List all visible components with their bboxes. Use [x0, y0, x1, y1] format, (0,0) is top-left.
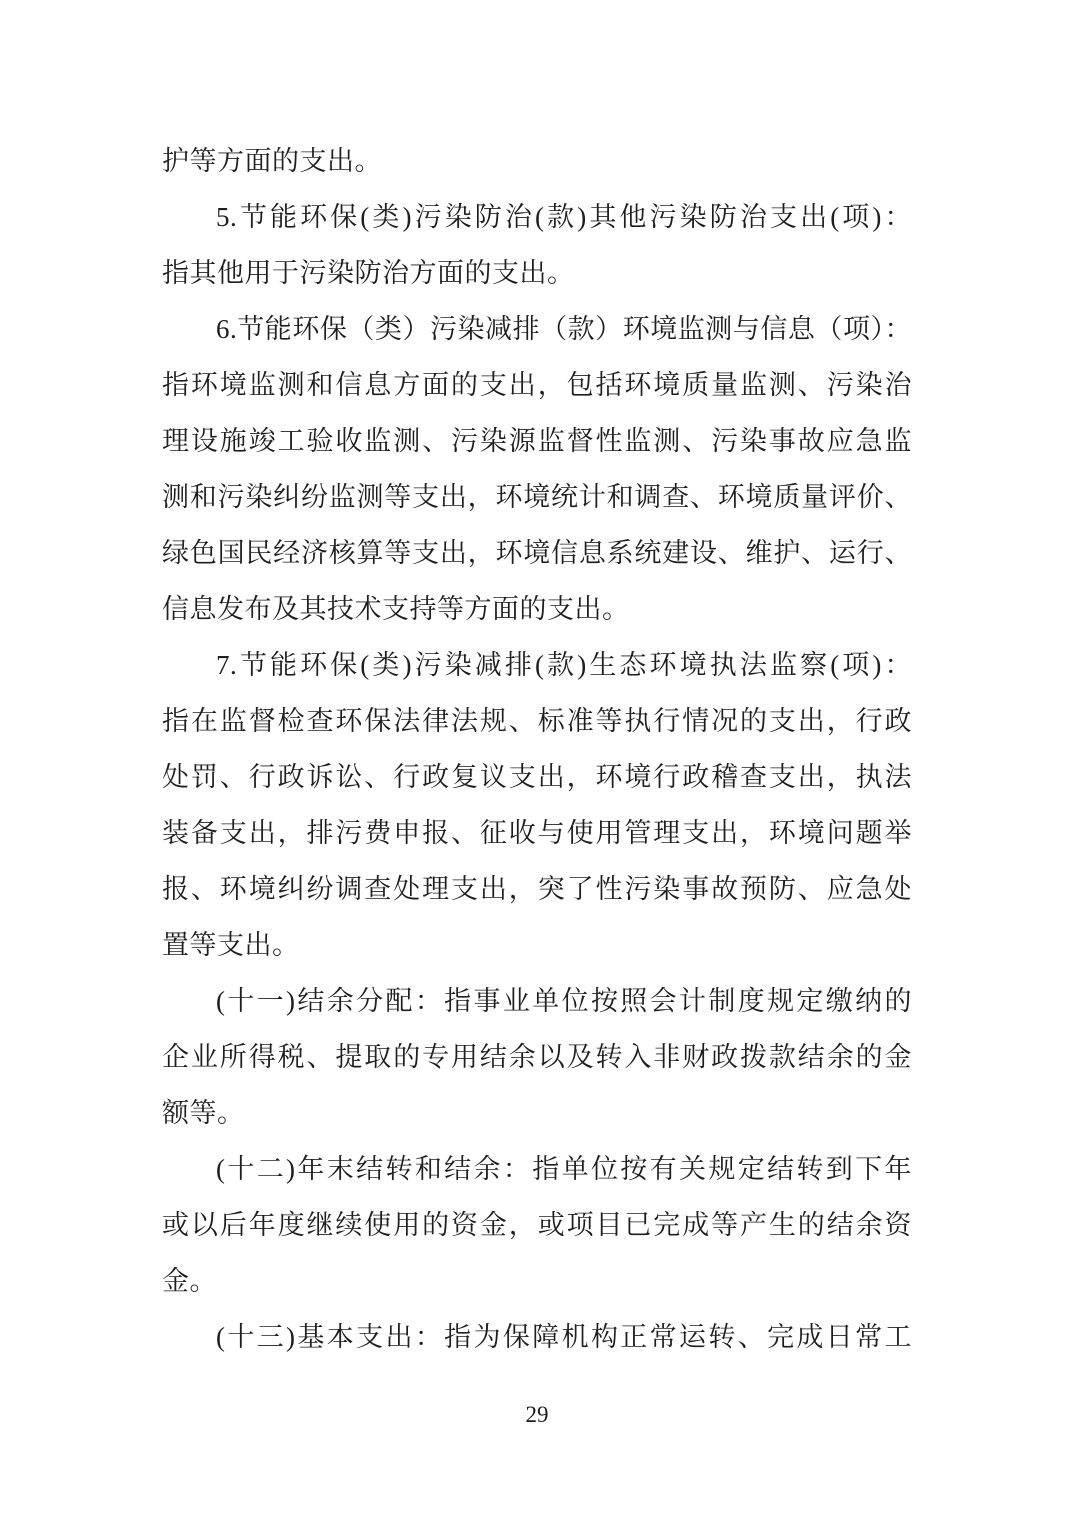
text-line: 护等方面的支出。	[162, 133, 912, 189]
text-line: 装备支出，排污费申报、征收与使用管理支出，环境问题举	[162, 805, 912, 861]
text-line: 报、环境纠纷调查处理支出，突了性污染事故预防、应急处	[162, 861, 912, 917]
page-number: 29	[0, 1402, 1074, 1428]
document-text-block: 护等方面的支出。5.节能环保(类)污染防治(款)其他污染防治支出(项)：指其他用…	[162, 133, 912, 1365]
text-line: 处罚、行政诉讼、行政复议支出，环境行政稽查支出，执法	[162, 749, 912, 805]
text-line: 或以后年度继续使用的资金，或项目已完成等产生的结余资	[162, 1197, 912, 1253]
text-line: 置等支出。	[162, 917, 912, 973]
text-line: 5.节能环保(类)污染防治(款)其他污染防治支出(项)：	[162, 189, 912, 245]
text-line: 指其他用于污染防治方面的支出。	[162, 245, 912, 301]
text-line: 7.节能环保(类)污染减排(款)生态环境执法监察(项)：	[162, 637, 912, 693]
text-line: (十一)结余分配：指事业单位按照会计制度规定缴纳的	[162, 973, 912, 1029]
text-line: 金。	[162, 1253, 912, 1309]
document-page: 护等方面的支出。5.节能环保(类)污染防治(款)其他污染防治支出(项)：指其他用…	[0, 0, 1074, 1520]
text-line: 绿色国民经济核算等支出，环境信息系统建设、维护、运行、	[162, 525, 912, 581]
text-line: 企业所得税、提取的专用结余以及转入非财政拨款结余的金	[162, 1029, 912, 1085]
text-line: 指环境监测和信息方面的支出，包括环境质量监测、污染治	[162, 357, 912, 413]
text-line: 理设施竣工验收监测、污染源监督性监测、污染事故应急监	[162, 413, 912, 469]
text-line: (十二)年末结转和结余：指单位按有关规定结转到下年	[162, 1141, 912, 1197]
text-line: 额等。	[162, 1085, 912, 1141]
text-line: 6.节能环保（类）污染减排（款）环境监测与信息（项）：	[162, 301, 912, 357]
text-line: 信息发布及其技术支持等方面的支出。	[162, 581, 912, 637]
text-line: (十三)基本支出：指为保障机构正常运转、完成日常工	[162, 1309, 912, 1365]
text-line: 指在监督检查环保法律法规、标准等执行情况的支出，行政	[162, 693, 912, 749]
text-line: 测和污染纠纷监测等支出，环境统计和调查、环境质量评价、	[162, 469, 912, 525]
